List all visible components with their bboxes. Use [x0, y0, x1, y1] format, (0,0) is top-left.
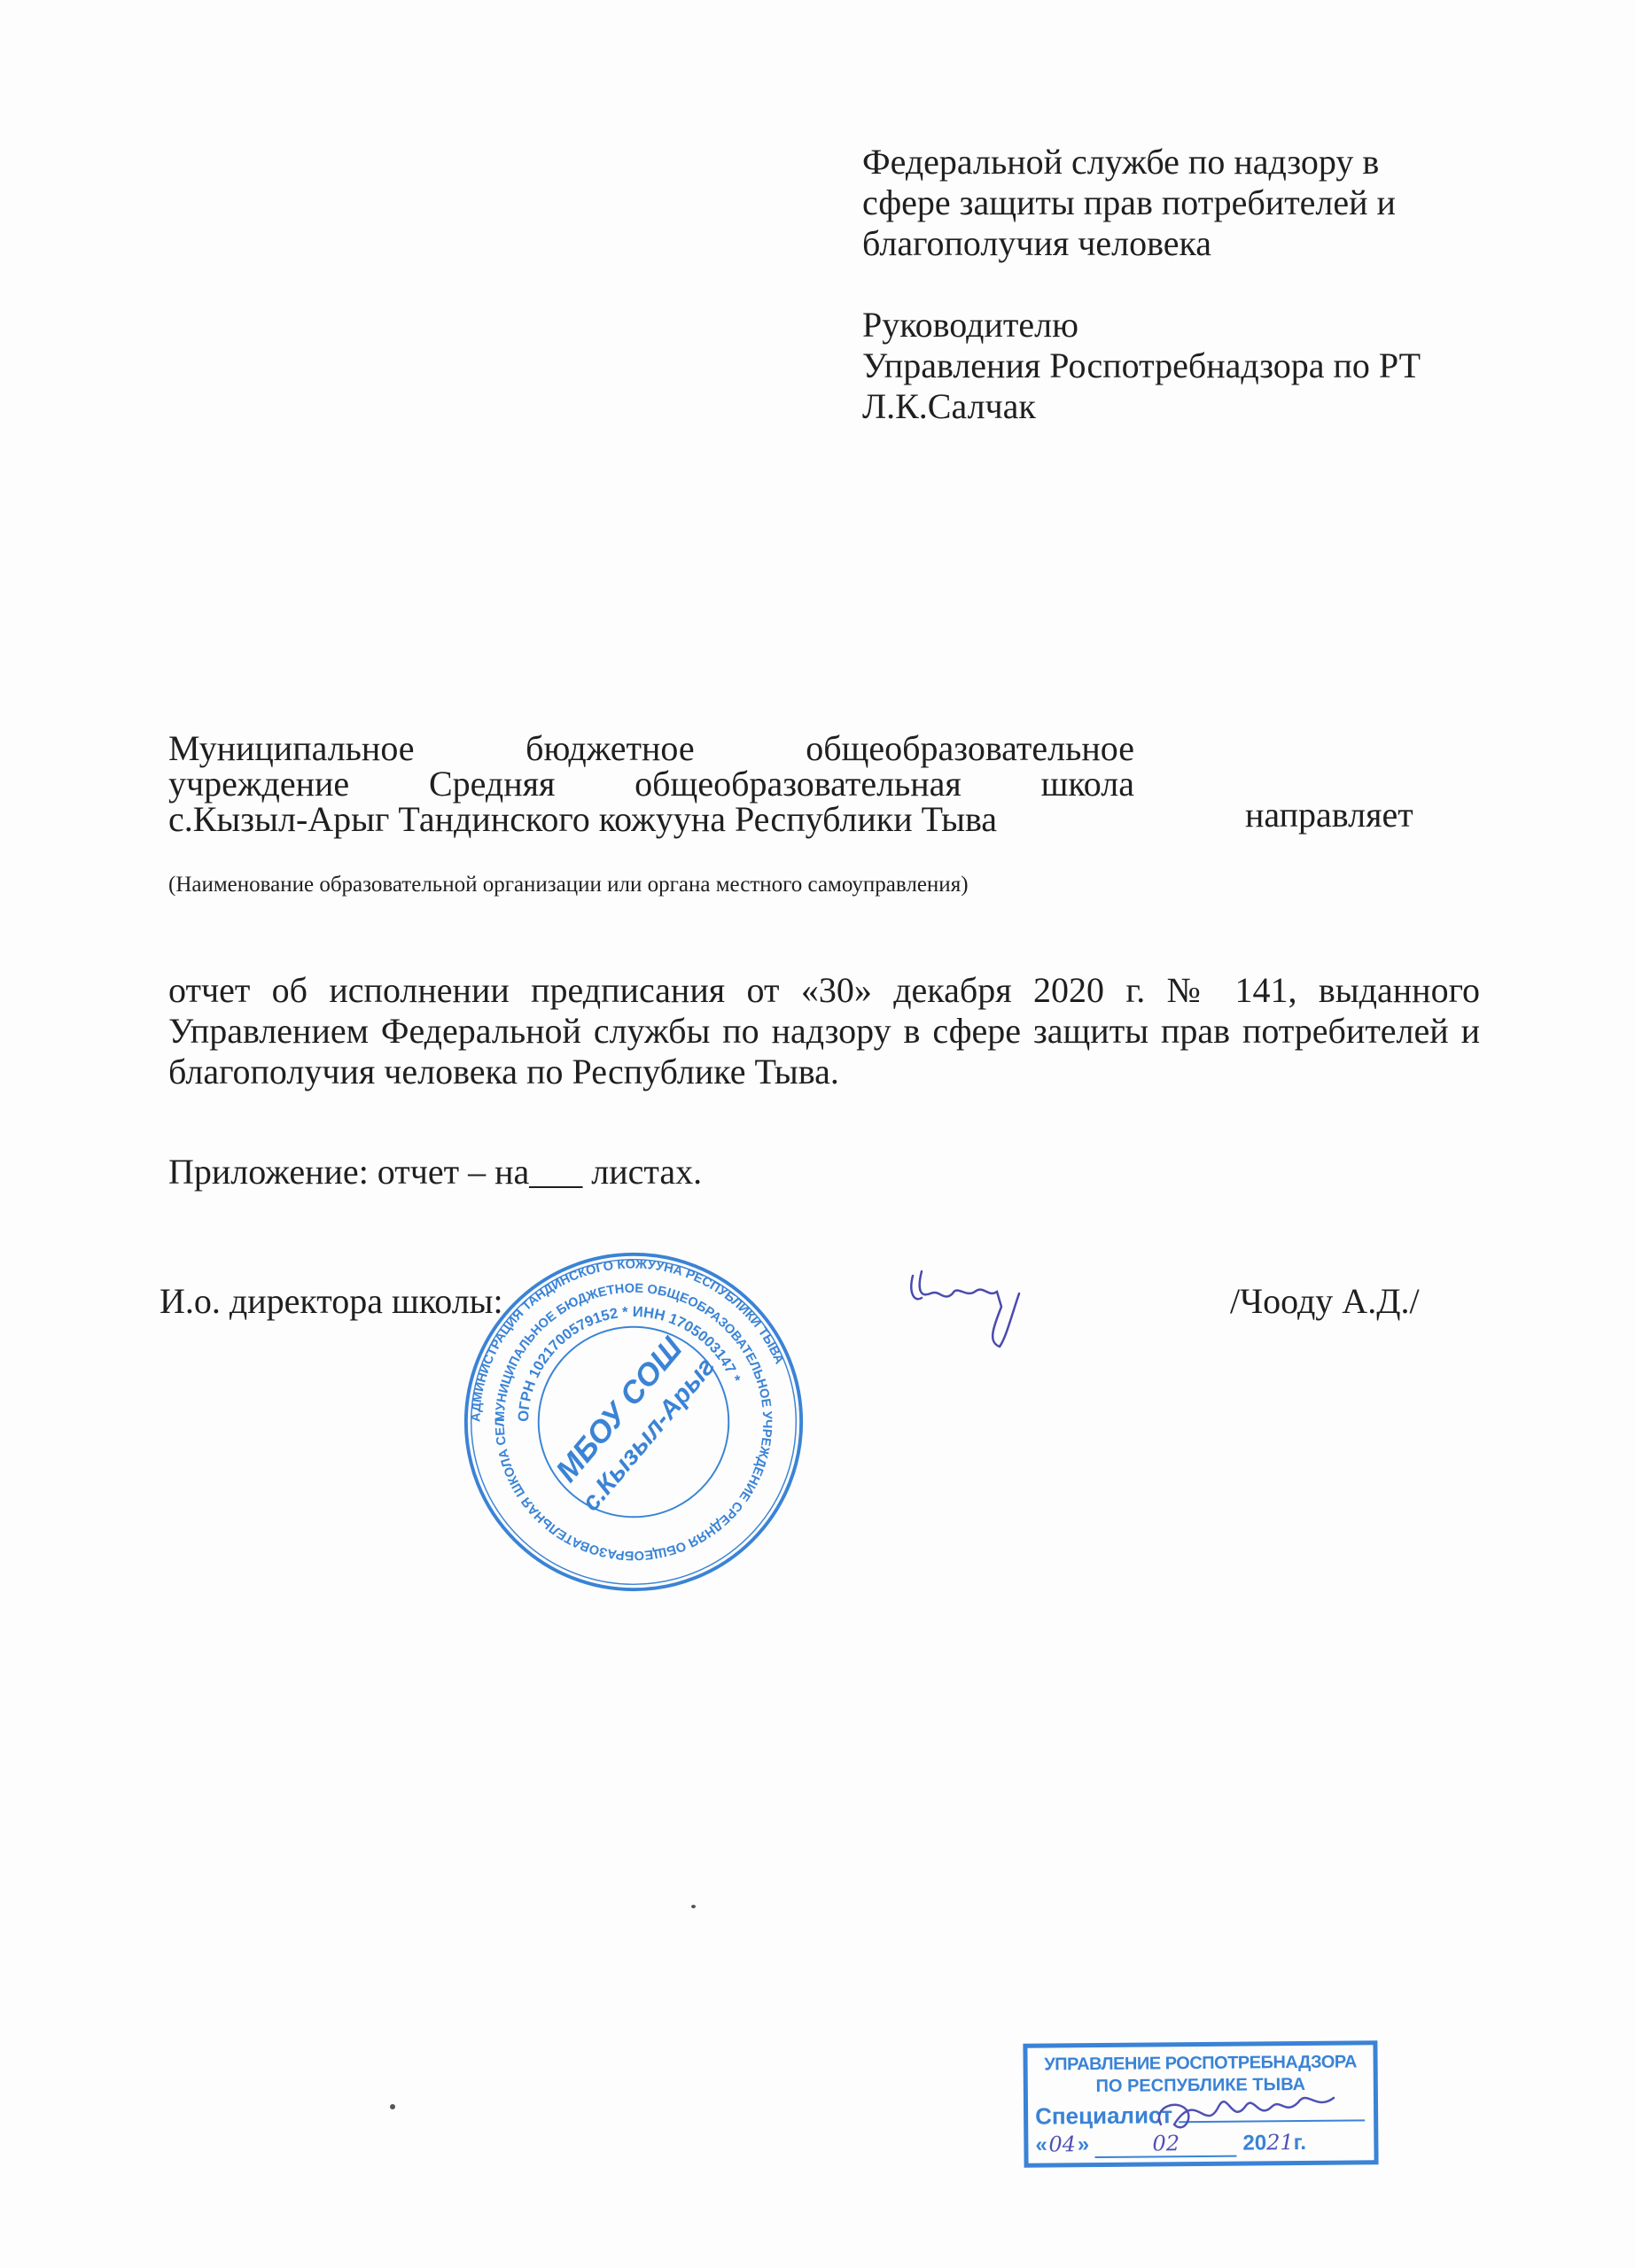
- handwritten-signature-icon: [904, 1258, 1037, 1355]
- addressee-line: Управления Роспотребнадзора по РТ: [862, 346, 1500, 386]
- signatory-name: /Чооду А.Д./: [1230, 1280, 1420, 1322]
- scan-speck: [691, 1905, 696, 1908]
- sender-org-note: (Наименование образовательной организаци…: [168, 873, 969, 897]
- addressee-spacer: [862, 264, 1500, 305]
- addressee-line: Л.К.Салчак: [862, 386, 1500, 427]
- school-seal-icon: АДМИНИСТРАЦИЯ ТАНДИНСКОГО КОЖУУНА РЕСПУБ…: [461, 1245, 806, 1599]
- sender-org-line2: учреждение Средняя общеобразовательная ш…: [168, 766, 1134, 802]
- sender-org-line3: с.Кызыл-Арыг Тандинского кожууна Республ…: [168, 802, 997, 837]
- sender-verb: направляет: [1245, 797, 1413, 833]
- sender-org-line1: Муниципальное бюджетное общеобразователь…: [168, 731, 1134, 766]
- addressee-line: Руководителю: [862, 305, 1500, 346]
- specialist-signature-icon: [1143, 2071, 1347, 2169]
- addressee-line: благополучия человека: [862, 223, 1500, 264]
- addressee-line: сфере защиты прав потребителей и: [862, 183, 1500, 223]
- report-text: отчет об исполнении предписания от «30» …: [168, 970, 1480, 1092]
- report-paragraph: отчет об исполнении предписания от «30» …: [168, 970, 1480, 1092]
- signatory-title: И.о. директора школы:: [160, 1280, 503, 1322]
- sender-org-block: Муниципальное бюджетное общеобразователь…: [168, 731, 1134, 802]
- stamp-day: 04: [1047, 2132, 1078, 2156]
- attachment-line: Приложение: отчет – на___ листах.: [168, 1152, 702, 1192]
- addressee-block: Федеральной службе по надзору в сфере за…: [862, 142, 1500, 427]
- scan-speck: [390, 2104, 395, 2109]
- addressee-line: Федеральной службе по надзору в: [862, 142, 1500, 183]
